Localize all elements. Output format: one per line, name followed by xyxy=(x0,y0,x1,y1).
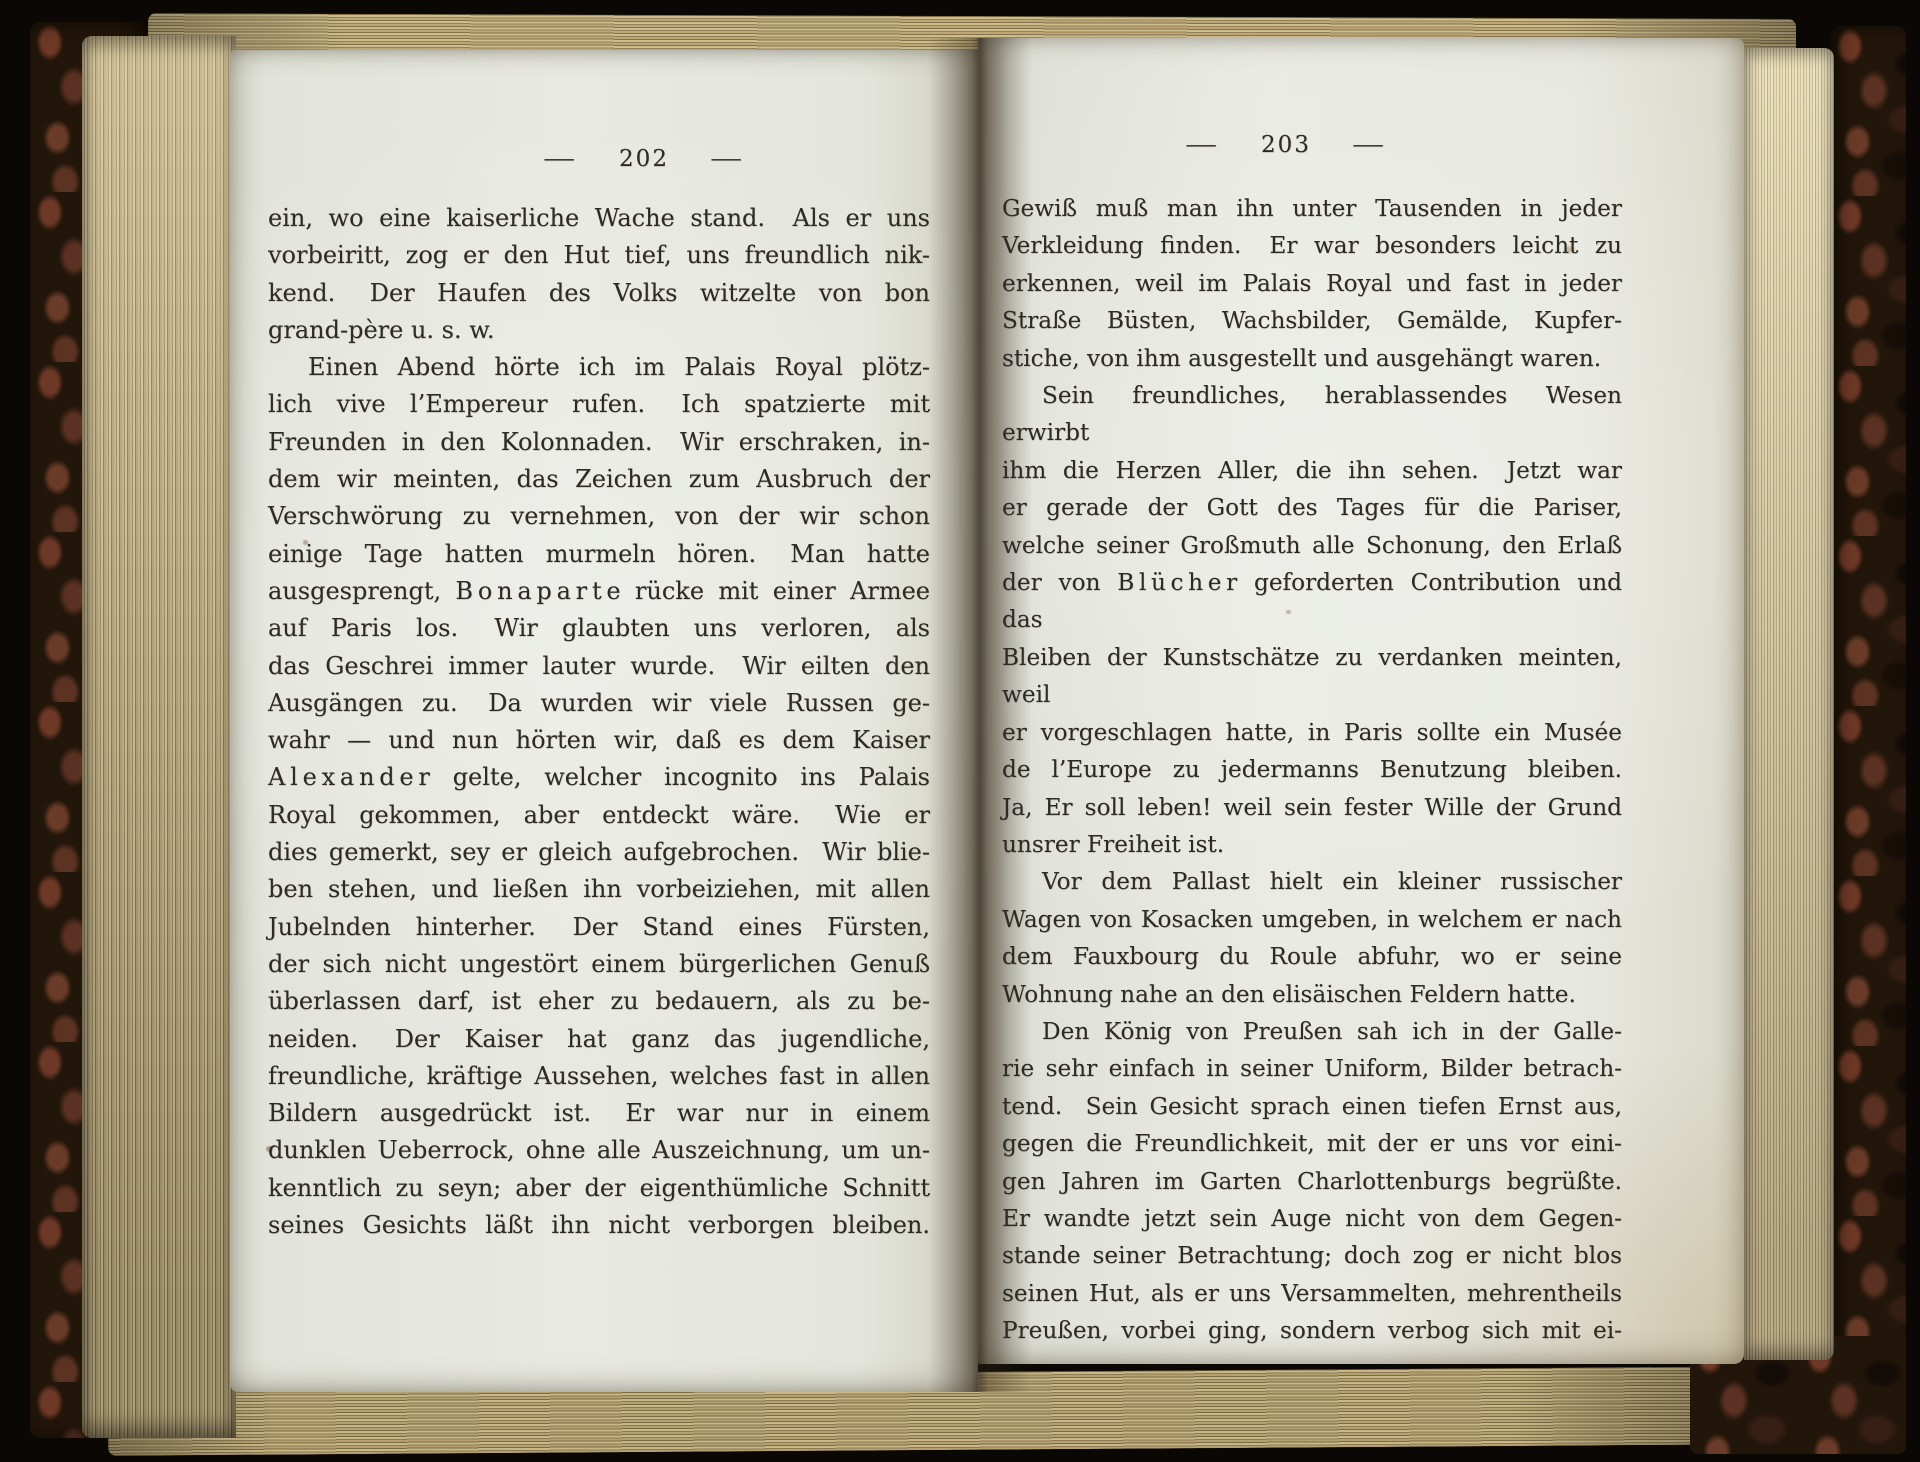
text-line: rie sehr einfach in seiner Uniform, Bild… xyxy=(1002,1050,1622,1087)
text-line: Wagen von Kosacken umgeben, in welchem e… xyxy=(1002,901,1622,938)
header-rule-icon: — xyxy=(1352,132,1387,158)
text-line: Preußen, vorbei ging, sondern verbog sic… xyxy=(1002,1312,1622,1349)
text-line: Bleiben der Kunstschätze zu verdanken me… xyxy=(1002,639,1622,714)
text-line: Sein freundliches, herablassendes Wesen … xyxy=(1002,377,1622,452)
book-cover-right xyxy=(1830,26,1906,1434)
text-line: unsrer Freiheit ist. xyxy=(1002,826,1622,863)
text-line: Ja, Er soll leben! weil sein fester Will… xyxy=(1002,789,1622,826)
page-edges-left xyxy=(82,36,236,1438)
page-edges-right xyxy=(1744,48,1834,1360)
text-line: Verkleidung finden. Er war besonders lei… xyxy=(1002,227,1622,264)
text-line: de l’Europe zu jedermanns Benutzung blei… xyxy=(1002,751,1622,788)
text-line: neiden. Der Kaiser hat ganz das jugendli… xyxy=(268,1021,930,1058)
text-line: vorbeiritt, zog er den Hut tief, uns fre… xyxy=(268,237,930,274)
text-line: kenntlich zu seyn; aber der eigenthümlic… xyxy=(268,1170,930,1207)
page-text-203: Gewiß muß man ihn unter Tausenden in jed… xyxy=(1002,190,1622,1350)
text-line: er vorgeschlagen hatte, in Paris sollte … xyxy=(1002,714,1622,751)
text-line: grand-père u. s. w. xyxy=(268,312,930,349)
text-line: stande seiner Betrachtung; doch zog er n… xyxy=(1002,1237,1622,1274)
page-number-left: 202 xyxy=(619,146,669,172)
page-text-202: ein, wo eine kaiserliche Wache stand. Al… xyxy=(268,200,930,1244)
text-line: Jubelnden hinterher. Der Stand eines Für… xyxy=(268,909,930,946)
header-rule-icon: — xyxy=(1185,132,1220,158)
text-line: Bildern ausgedrückt ist. Er war nur in e… xyxy=(268,1095,930,1132)
text-line: das Geschrei immer lauter wurde. Wir eil… xyxy=(268,648,930,685)
text-line: A l e x a n d e r gelte, welcher incogni… xyxy=(268,759,930,796)
text-line: dunklen Ueberrock, ohne alle Auszeichnun… xyxy=(268,1132,930,1169)
photo-background: { "colors": { "background": "#0a0705", "… xyxy=(0,0,1920,1462)
text-line: dem wir meinten, das Zeichen zum Ausbruc… xyxy=(268,461,930,498)
text-line: Einen Abend hörte ich im Palais Royal pl… xyxy=(268,349,930,386)
text-line: Royal gekommen, aber entdeckt wäre. Wie … xyxy=(268,797,930,834)
text-line: überlassen darf, ist eher zu bedauern, a… xyxy=(268,983,930,1020)
text-line: welche seiner Großmuth alle Schonung, de… xyxy=(1002,527,1622,564)
text-line: kend. Der Haufen des Volks witzelte von … xyxy=(268,275,930,312)
text-line: er gerade der Gott des Tages für die Par… xyxy=(1002,489,1622,526)
page-number-right: 203 xyxy=(1261,132,1311,158)
header-rule-icon: — xyxy=(543,146,578,172)
text-line: Ausgängen zu. Da wurden wir viele Russen… xyxy=(268,685,930,722)
text-line: seinen Hut, als er uns Versammelten, meh… xyxy=(1002,1275,1622,1312)
text-line: lich vive l’Empereur rufen. Ich spatzier… xyxy=(268,386,930,423)
text-line: ben stehen, und ließen ihn vorbeiziehen,… xyxy=(268,871,930,908)
text-line: der sich nicht ungestört einem bürgerlic… xyxy=(268,946,930,983)
text-line: wahr — und nun hörten wir, daß es dem Ka… xyxy=(268,722,930,759)
text-line: Freunden in den Kolonnaden. Wir erschrak… xyxy=(268,424,930,461)
text-line: Den König von Preußen sah ich in der Gal… xyxy=(1002,1013,1622,1050)
text-line: auf Paris los. Wir glaubten uns verloren… xyxy=(268,610,930,647)
text-line: einige Tage hatten murmeln hören. Man ha… xyxy=(268,536,930,573)
text-line: freundliche, kräftige Aussehen, welches … xyxy=(268,1058,930,1095)
text-line: Verschwörung zu vernehmen, von der wir s… xyxy=(268,498,930,535)
header-rule-icon: — xyxy=(710,146,745,172)
text-line: Er wandte jetzt sein Auge nicht von dem … xyxy=(1002,1200,1622,1237)
text-line: tend. Sein Gesicht sprach einen tiefen E… xyxy=(1002,1088,1622,1125)
text-line: stiche, von ihm ausgestellt und ausgehän… xyxy=(1002,340,1622,377)
text-line: Vor dem Pallast hielt ein kleiner russis… xyxy=(1002,863,1622,900)
text-line: Straße Büsten, Wachsbilder, Gemälde, Kup… xyxy=(1002,302,1622,339)
page-header-right: — 203 — xyxy=(976,132,1596,158)
text-line: erkennen, weil im Palais Royal und fast … xyxy=(1002,265,1622,302)
text-line: dem Fauxbourg du Roule abfuhr, wo er sei… xyxy=(1002,938,1622,975)
text-line: Wohnung nahe an den elisäischen Feldern … xyxy=(1002,976,1622,1013)
text-line: dies gemerkt, sey er gleich aufgebrochen… xyxy=(268,834,930,871)
text-line: ihm die Herzen Aller, die ihn sehen. Jet… xyxy=(1002,452,1622,489)
text-line: gegen die Freundlichkeit, mit der er uns… xyxy=(1002,1125,1622,1162)
text-line: ausgesprengt, B o n a p a r t e rücke mi… xyxy=(268,573,930,610)
text-line: seines Gesichts läßt ihn nicht verborgen… xyxy=(268,1207,930,1244)
text-line: ein, wo eine kaiserliche Wache stand. Al… xyxy=(268,200,930,237)
text-line: Gewiß muß man ihn unter Tausenden in jed… xyxy=(1002,190,1622,227)
text-line: gen Jahren im Garten Charlottenburgs beg… xyxy=(1002,1163,1622,1200)
text-line: der von B l ü c h e r geforderten Contri… xyxy=(1002,564,1622,639)
page-header-left: — 202 — xyxy=(313,146,975,172)
